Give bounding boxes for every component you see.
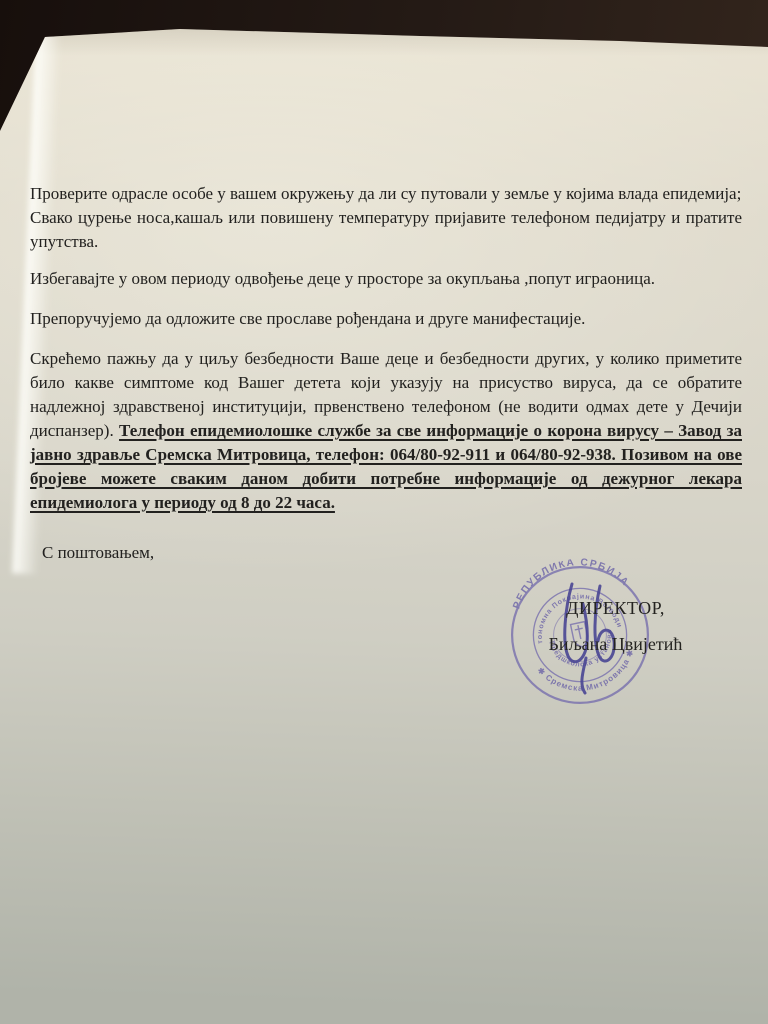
director-title: ДИРЕКТОР, — [518, 598, 713, 619]
paragraph-postpone-celebrations: Препоручујемо да одложите све прославе р… — [30, 307, 742, 331]
paragraph-check-adults: Проверите одрасле особе у вашем окружењу… — [30, 182, 742, 254]
epidemiology-phone-info-text: Телефон епидемиолошке службе за све инфо… — [30, 421, 742, 512]
photo-background: Проверите одрасле особе у вашем окружењу… — [0, 0, 768, 1024]
paper-sheet: Проверите одрасле особе у вашем окружењу… — [0, 0, 768, 1024]
paragraph-avoid-playrooms: Избегавајте у овом периоду одвођење деце… — [30, 267, 742, 291]
paper-top-shadow — [0, 0, 768, 70]
signature-name: Биљана Цвијетић — [518, 634, 713, 655]
paragraph-warning: Скрећемо пажњу да у циљу безбедности Ваш… — [30, 347, 742, 515]
letter-body: Проверите одрасле особе у вашем окружењу… — [30, 182, 742, 565]
signature-block: ДИРЕКТОР, Биљана Цвијетић — [518, 598, 713, 655]
